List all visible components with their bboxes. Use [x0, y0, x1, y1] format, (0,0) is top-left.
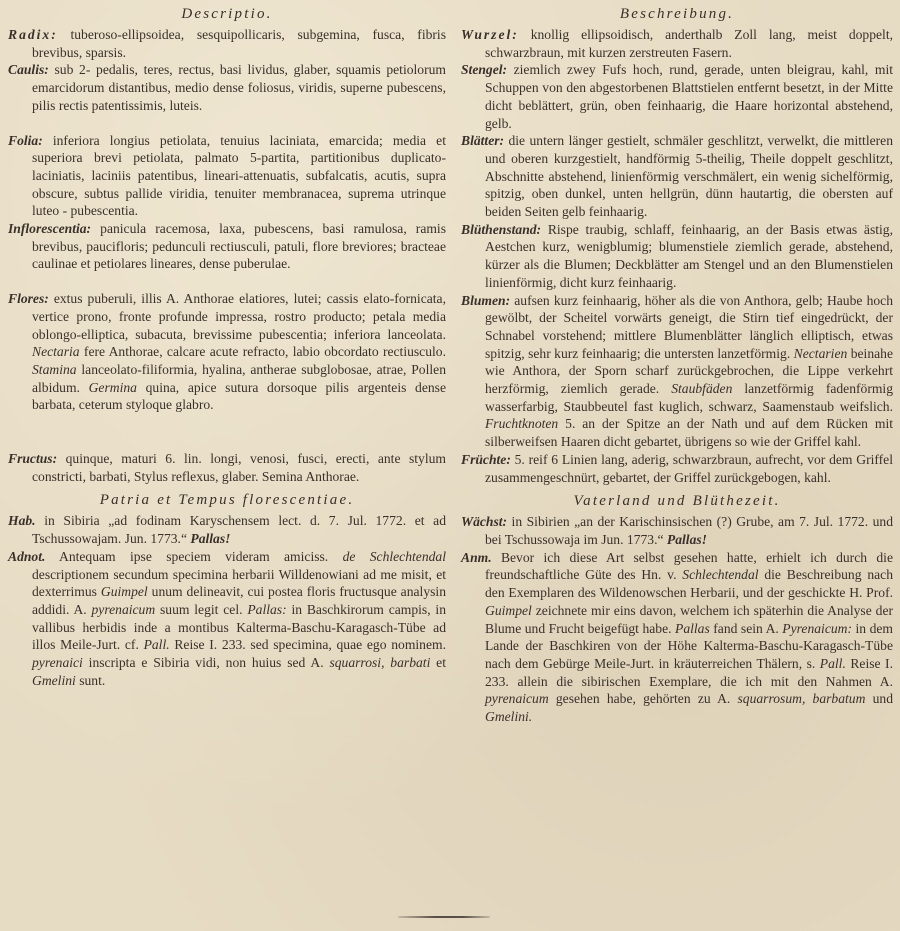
book-page: Descriptio. Radix: tuberoso-ellipsoidea,… — [0, 0, 900, 931]
spacer — [8, 273, 446, 290]
name-squarrosi: squarrosi, barbati — [329, 655, 430, 670]
term-anm: Anm. — [461, 550, 492, 565]
german-column: Beschreibung. Wurzel: knollig ellipsoidi… — [461, 0, 893, 726]
section-heading-descriptio: Descriptio. — [8, 0, 446, 26]
section-heading-patria: Patria et Tempus florescentiae. — [8, 485, 446, 512]
entry-text: tuberoso-ellipsoidea, sesquipollicaris, … — [32, 27, 446, 60]
name-pyrenaici: pyrenaici — [32, 655, 83, 670]
term-caulis: Caulis: — [8, 62, 49, 77]
term-inflorescentia: Inflorescentia: — [8, 221, 91, 236]
name-guimpel: Guimpel — [485, 603, 532, 618]
term-staubfaeden: Staubfäden — [671, 381, 732, 396]
term-stengel: Stengel: — [461, 62, 507, 77]
entry-text: et — [430, 655, 446, 670]
name-guimpel: Guimpel — [101, 584, 148, 599]
entry-blaetter: Blätter: die untern länger gestielt, sch… — [461, 132, 893, 221]
term-fructus: Fructus: — [8, 451, 57, 466]
entry-text: gesehen habe, gehörten zu A. — [549, 691, 738, 706]
entry-text: inscripta e Sibiria vidi, non huius sed … — [83, 655, 330, 670]
name-schlechtendal: Schlechtendal — [682, 567, 758, 582]
entry-hab: Hab. in Sibiria „ad fodinam Karyschensem… — [8, 512, 446, 547]
entry-waechst: Wächst: in Sibirien „an der Karischinsis… — [461, 513, 893, 548]
entry-text: ziemlich zwey Fufs hoch, rund, gerade, u… — [485, 62, 893, 130]
entry-stengel: Stengel: ziemlich zwey Fufs hoch, rund, … — [461, 61, 893, 132]
entry-text: fand sein A. — [710, 621, 783, 636]
name-squarrosum: squarrosum, barbatum — [738, 691, 866, 706]
entry-text: suum legit cel. — [155, 602, 247, 617]
section-heading-beschreibung: Beschreibung. — [461, 0, 893, 26]
entry-adnot: Adnot. Antequam ipse speciem videram ami… — [8, 548, 446, 690]
entry-text: 5. reif 6 Linien lang, aderig, schwarzbr… — [485, 452, 893, 485]
entry-inflorescentia: Inflorescentia: panicula racemosa, laxa,… — [8, 220, 446, 273]
entry-bluethenstand: Blüthenstand: Rispe traubig, schlaff, fe… — [461, 221, 893, 292]
entry-fructus: Fructus: quinque, maturi 6. lin. longi, … — [8, 450, 446, 485]
entry-text: die untern länger gestielt, schmäler ges… — [485, 133, 893, 219]
term-nectaria: Nectaria — [32, 344, 80, 359]
ref-pall: Pall. — [820, 656, 846, 671]
spacer — [8, 115, 446, 132]
term-flores: Flores: — [8, 291, 49, 306]
term-radix: Radix: — [8, 27, 58, 42]
entry-text: fere Anthorae, calcare acute refracto, l… — [80, 344, 446, 359]
name-pyrenaicum: pyrenaicum — [485, 691, 549, 706]
entry-wurzel: Wurzel: knollig ellipsoidisch, anderthal… — [461, 26, 893, 61]
entry-text: und — [865, 691, 893, 706]
name-schlechtendal: de Schlechtendal — [343, 549, 446, 564]
entry-flores: Flores: extus puberuli, illis A. Anthora… — [8, 290, 446, 414]
name-pyrenaicum: pyrenaicum — [92, 602, 156, 617]
entry-text: inferiora longius petiolata, tenuius lac… — [32, 133, 446, 219]
name-pyrenaicum: Pyrenaicum: — [782, 621, 852, 636]
name-pallas: Pallas — [675, 621, 710, 636]
latin-column: Descriptio. Radix: tuberoso-ellipsoidea,… — [8, 0, 446, 690]
name-gmelini: Gmelini. — [485, 709, 532, 724]
entry-text: Reise I. 233. sed specimina, quae ego no… — [170, 637, 446, 652]
section-heading-vaterland: Vaterland und Blüthezeit. — [461, 486, 893, 513]
term-blumen: Blumen: — [461, 293, 510, 308]
entry-text: sunt. — [76, 673, 105, 688]
name-gmelini: Gmelini — [32, 673, 76, 688]
term-fruechte: Früchte: — [461, 452, 511, 467]
ref-pall: Pall. — [144, 637, 170, 652]
entry-text: extus puberuli, illis A. Anthorae elatio… — [32, 291, 446, 341]
entry-text: knollig ellipsoidisch, anderthalb Zoll l… — [485, 27, 893, 60]
entry-anm: Anm. Bevor ich diese Art selbst gesehen … — [461, 549, 893, 726]
term-hab: Hab. — [8, 513, 36, 528]
author-pallas: Pallas! — [667, 532, 707, 547]
entry-text: Antequam ipse speciem videram amiciss. — [45, 549, 342, 564]
author-pallas: Pallas! — [190, 531, 230, 546]
term-wurzel: Wurzel: — [461, 27, 519, 42]
term-nectarien: Nectarien — [794, 346, 848, 361]
term-stamina: Stamina — [32, 362, 77, 377]
entry-text: Rispe traubig, schlaff, feinhaarig, an d… — [485, 222, 893, 290]
entry-text: quinque, maturi 6. lin. longi, venosi, f… — [32, 451, 446, 484]
term-fruchtknoten: Fruchtknoten — [485, 416, 558, 431]
term-folia: Folia: — [8, 133, 43, 148]
entry-caulis: Caulis: sub 2- pedalis, teres, rectus, b… — [8, 61, 446, 114]
term-bluethenstand: Blüthenstand: — [461, 222, 541, 237]
entry-text: sub 2- pedalis, teres, rectus, basi livi… — [32, 62, 446, 112]
term-waechst: Wächst: — [461, 514, 507, 529]
name-pallas: Pallas: — [247, 602, 286, 617]
entry-folia: Folia: inferiora longius petiolata, tenu… — [8, 132, 446, 221]
spacer — [8, 414, 446, 450]
term-germina: Germina — [89, 380, 137, 395]
entry-text: in Sibiria „ad fodinam Karyschensem lect… — [32, 513, 446, 546]
term-blaetter: Blätter: — [461, 133, 504, 148]
page-end-rule — [398, 916, 490, 918]
entry-radix: Radix: tuberoso-ellipsoidea, sesquipolli… — [8, 26, 446, 61]
entry-fruechte: Früchte: 5. reif 6 Linien lang, aderig, … — [461, 451, 893, 486]
term-adnot: Adnot. — [8, 549, 45, 564]
entry-text: panicula racemosa, laxa, pubescens, basi… — [32, 221, 446, 271]
entry-blumen: Blumen: aufsen kurz feinhaarig, höher al… — [461, 292, 893, 451]
